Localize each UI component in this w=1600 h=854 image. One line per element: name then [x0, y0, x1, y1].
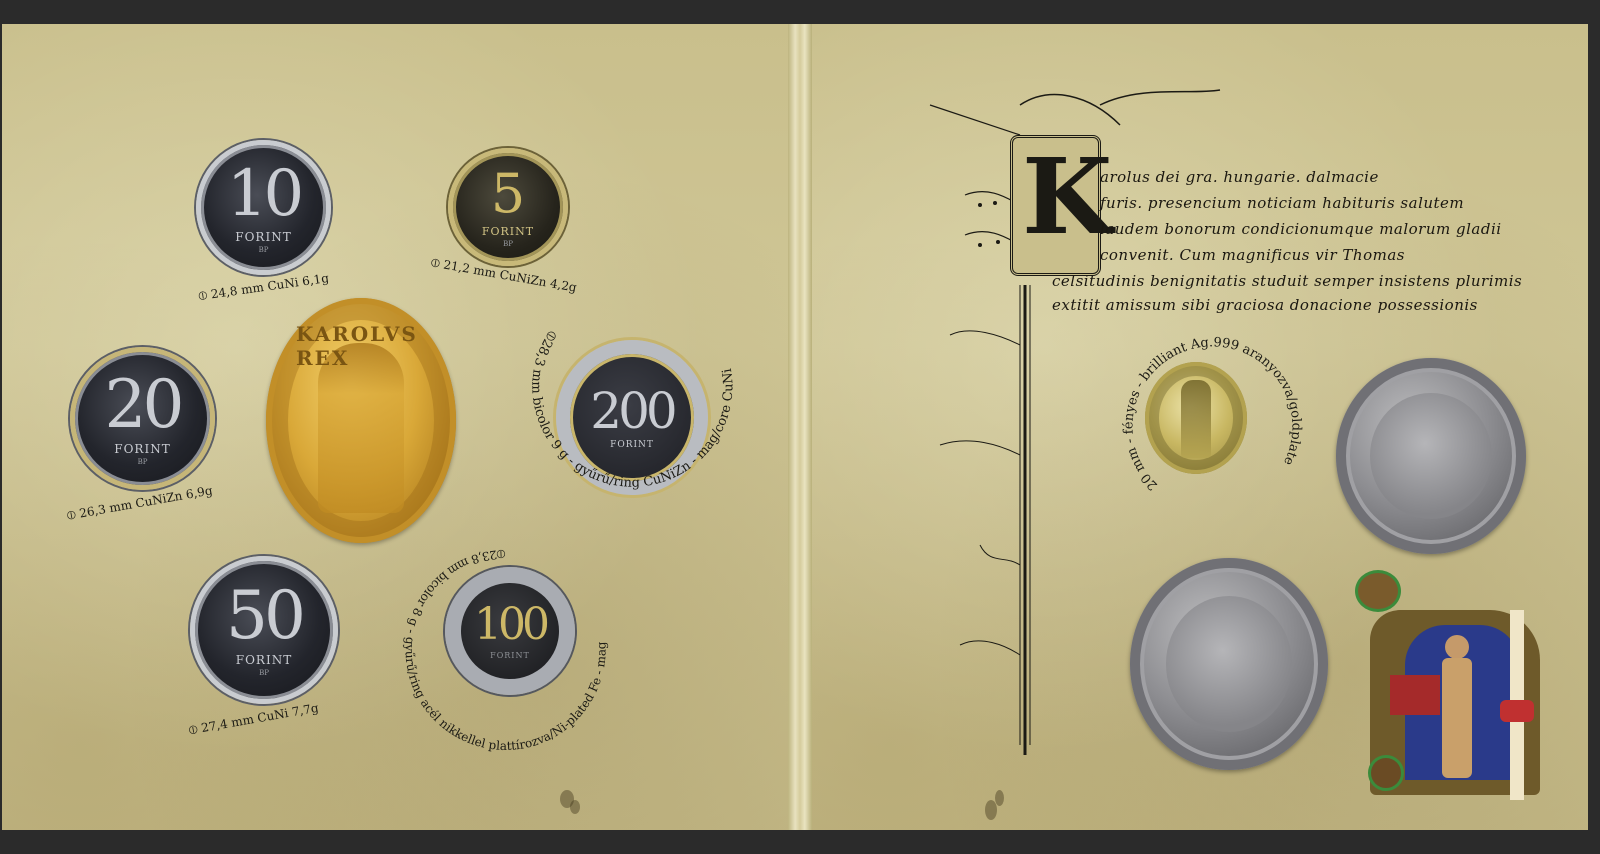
- coin-200-spec-arc: ⦶28,3 mm bicolor 9 g - gyűrű/ring CuNiZn…: [520, 305, 750, 535]
- mint-mark: BP: [503, 240, 513, 248]
- coin-5-forint: 5 FORINT BP: [448, 148, 568, 266]
- coin-denomination: 50: [226, 583, 302, 649]
- coin-label: FORINT: [236, 653, 292, 667]
- scan-border-top: [0, 0, 1600, 24]
- coin-50-forint: 50 FORINT BP: [190, 556, 338, 704]
- coin-label: FORINT: [235, 230, 291, 244]
- svg-text:⦶23,8 mm bicolor 8 g - gyűrű/r: ⦶23,8 mm bicolor 8 g - gyűrű/ring acél n…: [385, 509, 608, 753]
- coin-100-spec-arc: ⦶23,8 mm bicolor 8 g - gyűrű/ring acél n…: [390, 520, 650, 780]
- stain: [995, 790, 1004, 806]
- mint-mark: BP: [259, 669, 269, 677]
- coin-denomination: 20: [105, 372, 181, 438]
- folder-spine: [788, 24, 812, 830]
- replica-spec-arc: 20 mm - fényes - brilliant Ag.999 aranyo…: [1100, 320, 1300, 520]
- stain: [570, 800, 580, 814]
- decorated-initial-letter: K: [1010, 135, 1095, 270]
- florin-legend: KAROLVS REX: [296, 322, 456, 370]
- coin-denomination: 5: [491, 167, 525, 221]
- manuscript-line: extitit amissum sibi graciosa donacione …: [1052, 296, 1478, 314]
- coin-label: FORINT: [114, 442, 170, 456]
- svg-text:20 mm - fényes - brilliant Ag: 20 mm - fényes - brilliant Ag.999 aranyo…: [1096, 309, 1304, 493]
- initial-letter: K: [1022, 145, 1112, 249]
- coin-200-spec: ⦶28,3 mm bicolor 9 g - gyűrű/ring CuNiZn…: [528, 328, 736, 491]
- mint-mark: BP: [259, 246, 269, 254]
- scan-border-bottom: [0, 830, 1600, 854]
- coin-label: FORINT: [482, 225, 534, 238]
- manuscript-line: furis. presencium noticiam habituris sal…: [1100, 194, 1464, 212]
- illuminated-initial: [1360, 570, 1550, 805]
- silver-coin-center: [1370, 393, 1492, 518]
- replica-spec: 20 mm - fényes - brilliant Ag.999 aranyo…: [1096, 309, 1304, 493]
- coin-100-spec: ⦶23,8 mm bicolor 8 g - gyűrű/ring acél n…: [385, 509, 608, 753]
- manuscript-line: laudem bonorum condicionumque malorum gl…: [1100, 220, 1502, 238]
- coin-denomination: 10: [227, 162, 300, 226]
- silver-coin-center: [1166, 596, 1293, 732]
- coin-20-forint: 20 FORINT BP: [70, 347, 215, 490]
- svg-text:⦶28,3 mm bicolor 9 g - gyűrű/r: ⦶28,3 mm bicolor 9 g - gyűrű/ring CuNiZn…: [528, 328, 736, 491]
- silver-groat-bottom: [1130, 558, 1328, 770]
- manuscript-line: celsitudinis benignitatis studuit semper…: [1052, 272, 1522, 290]
- silver-groat-top: [1336, 358, 1526, 554]
- mint-mark: BP: [138, 458, 148, 466]
- coin-10-forint: 10 FORINT BP: [196, 140, 331, 275]
- gold-florin-coin: KAROLVS REX: [266, 298, 456, 543]
- manuscript-line: convenit. Cum magnificus vir Thomas: [1100, 246, 1405, 264]
- scan-border-right: [1588, 0, 1600, 854]
- manuscript-line: arolus dei gra. hungarie. dalmacie: [1100, 168, 1379, 186]
